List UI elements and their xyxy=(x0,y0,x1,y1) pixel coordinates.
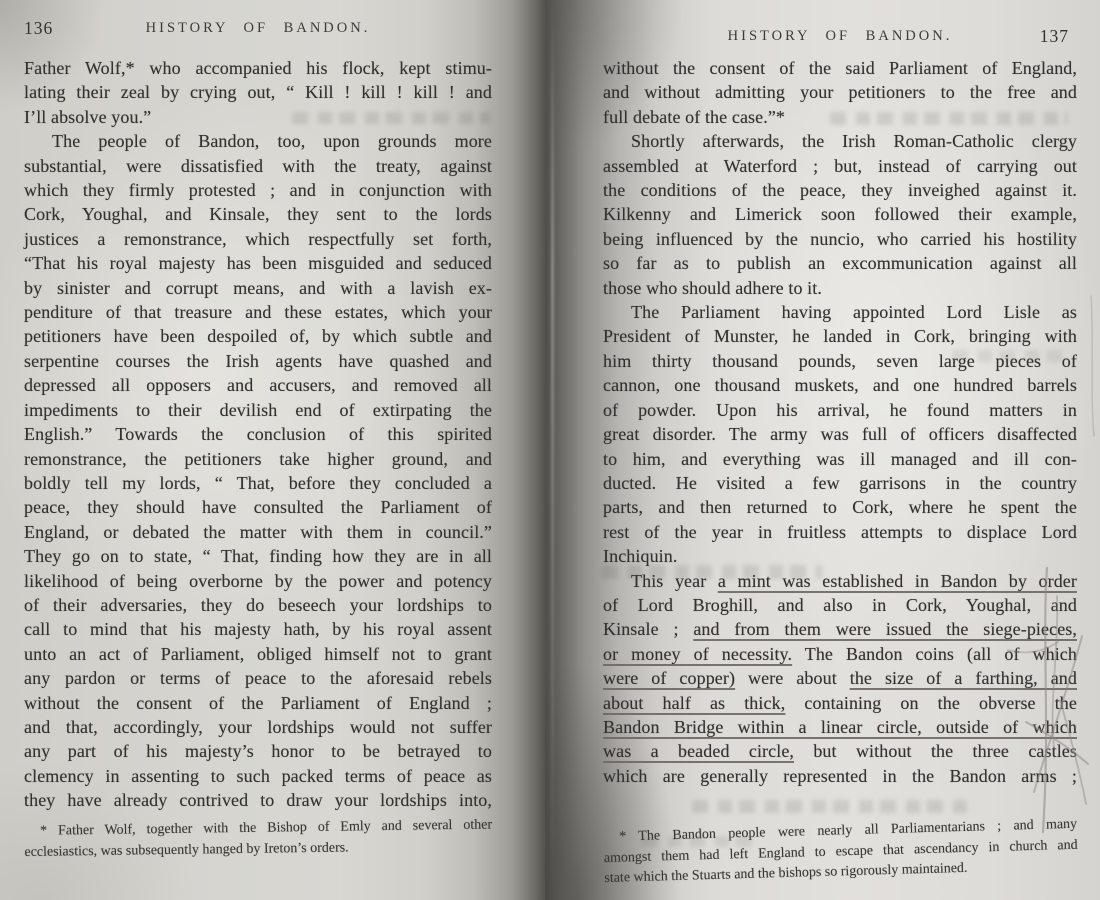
pencil-underline: were of copper) xyxy=(603,668,735,688)
book-scan: 136 HISTORY OF BANDON. Father Wolf,* who… xyxy=(0,0,1100,900)
text-line: were of copper) were about the size of a… xyxy=(603,666,1077,690)
text-line: of powder. Upon his arrival, he found ma… xyxy=(603,398,1077,422)
text-line: they have already contrived to draw your… xyxy=(24,788,492,812)
text-line: and that, accordingly, your lordships wo… xyxy=(24,715,492,739)
page-right-header: HISTORY OF BANDON. 137 xyxy=(603,26,1077,48)
pencil-underline: the size of a farthing, and xyxy=(850,668,1077,688)
text-line: Inchiquin. xyxy=(603,544,1077,568)
pencil-underline: a mint was established in Bandon by orde… xyxy=(718,571,1077,591)
text-line: the conditions of the peace, they inveig… xyxy=(603,178,1077,202)
page-number-right: 137 xyxy=(1040,26,1069,47)
text-line: which they firmly protested ; and in con… xyxy=(24,178,492,202)
paragraph: The people of Bandon, too, upon grounds … xyxy=(24,129,492,812)
text-line: peace, they should have consulted the Pa… xyxy=(24,495,492,519)
page-left: 136 HISTORY OF BANDON. Father Wolf,* who… xyxy=(0,0,545,900)
paragraph: * The Bandon people were nearly all Parl… xyxy=(603,815,1079,890)
page-right-body: without the consent of the said Parliame… xyxy=(603,56,1077,788)
text-line: boldly tell my lords, “ That, before the… xyxy=(24,471,492,495)
pencil-underline: and from them were issued the siege-piec… xyxy=(693,619,1077,639)
text-line: England, or debated the matter with them… xyxy=(24,520,492,544)
text-line: unto an act of Parliament, obliged himse… xyxy=(24,642,492,666)
text-line: rest of the year in fruitless attempts t… xyxy=(603,520,1077,544)
text-line: and without admitting your petitioners t… xyxy=(603,80,1077,104)
text-line: I’ll absolve you.” xyxy=(24,105,492,129)
paragraph: without the consent of the said Parliame… xyxy=(603,56,1077,129)
text-line: Bandon Bridge within a linear circle, ou… xyxy=(603,715,1077,739)
page-right-footnote: * The Bandon people were nearly all Parl… xyxy=(603,815,1079,890)
text-line: was a beaded circle, but without the thr… xyxy=(603,739,1077,763)
pencil-underline: was a beaded circle, xyxy=(603,741,794,761)
text-line: The people of Bandon, too, upon grounds … xyxy=(24,129,492,153)
text-line: by sinister and corrupt means, and with … xyxy=(24,276,492,300)
text-line: great disorder. The army was full of off… xyxy=(603,422,1077,446)
text-line: The Parliament having appointed Lord Lis… xyxy=(603,300,1077,324)
pencil-underline: about half as thick, xyxy=(603,693,785,713)
text-line: those who should adhere to it. xyxy=(603,276,1077,300)
text-line: lating their zeal by crying out, “ Kill … xyxy=(24,80,492,104)
text-line: This year a mint was established in Band… xyxy=(603,569,1077,593)
paragraph: Father Wolf,* who accompanied his flock,… xyxy=(24,56,492,129)
text-line: impediments to their devilish end of ext… xyxy=(24,398,492,422)
text-line: justices a remonstrance, which respectfu… xyxy=(24,227,492,251)
text-line: Cork, Youghal, and Kinsale, they sent to… xyxy=(24,202,492,226)
text-line: which are generally represented in the B… xyxy=(603,764,1077,788)
text-line: substantial, were dissatisfied with the … xyxy=(24,154,492,178)
text-line: Kilkenny and Limerick soon followed thei… xyxy=(603,202,1077,226)
text-line: depressed all opposers and accusers, and… xyxy=(24,373,492,397)
pencil-underline: Bandon Bridge within a linear circle, ou… xyxy=(603,717,1077,737)
text-line: cannon, one thousand muskets, and one hu… xyxy=(603,373,1077,397)
pencil-underline: or money of necessity. xyxy=(603,644,792,664)
paragraph: Shortly afterwards, the Irish Roman-Cath… xyxy=(603,129,1077,300)
text-line: without the consent of the Parliament of… xyxy=(24,691,492,715)
running-title-right: HISTORY OF BANDON. xyxy=(603,28,1077,45)
text-line: English.” Towards the conclusion of this… xyxy=(24,422,492,446)
text-line: of Lord Broghill, and also in Cork, Youg… xyxy=(603,593,1077,617)
text-line: or money of necessity. The Bandon coins … xyxy=(603,642,1077,666)
text-line: assembled at Waterford ; but, instead of… xyxy=(603,154,1077,178)
paragraph: The Parliament having appointed Lord Lis… xyxy=(603,300,1077,568)
text-line: any pardon or terms of peace to the afor… xyxy=(24,666,492,690)
text-line: parts, and then returned to Cork, where … xyxy=(603,495,1077,519)
text-line: about half as thick, containing on the o… xyxy=(603,691,1077,715)
text-line: “That his royal majesty has been misguid… xyxy=(24,251,492,275)
text-line: Shortly afterwards, the Irish Roman-Cath… xyxy=(603,129,1077,153)
text-line: petitioners have been despoiled of, by w… xyxy=(24,324,492,348)
text-line: remonstrance, the petitioners take highe… xyxy=(24,447,492,471)
text-line: likelihood of being overborne by the pow… xyxy=(24,569,492,593)
text-line: clemency in assenting to such packed ter… xyxy=(24,764,492,788)
running-title-left: HISTORY OF BANDON. xyxy=(24,20,492,37)
text-line: of their adversaries, they do beseech yo… xyxy=(24,593,492,617)
text-line: penditure of that treasure and these est… xyxy=(24,300,492,324)
text-line: Father Wolf,* who accompanied his flock,… xyxy=(24,56,492,80)
text-line: call to mind that his majesty hath, by h… xyxy=(24,617,492,641)
text-line: without the consent of the said Parliame… xyxy=(603,56,1077,80)
paragraph: * Father Wolf, together with the Bishop … xyxy=(24,815,493,863)
paragraph: This year a mint was established in Band… xyxy=(603,569,1077,789)
page-left-body: Father Wolf,* who accompanied his flock,… xyxy=(24,56,492,813)
text-line: President of Munster, he landed in Cork,… xyxy=(603,324,1077,348)
text-line: so far as to publish an excommunication … xyxy=(603,251,1077,275)
page-right: HISTORY OF BANDON. 137 without the conse… xyxy=(545,0,1100,900)
text-line: They go on to state, “ That, finding how… xyxy=(24,544,492,568)
page-left-header: 136 HISTORY OF BANDON. xyxy=(24,18,492,40)
text-line: any part of his majesty’s honor to be be… xyxy=(24,739,492,763)
text-line: Kinsale ; and from them were issued the … xyxy=(603,617,1077,641)
text-line: serpentine courses the Irish agents have… xyxy=(24,349,492,373)
text-line: to him, and everything was ill managed a… xyxy=(603,447,1077,471)
text-line: him thirty thousand pounds, seven large … xyxy=(603,349,1077,373)
page-left-footnote: * Father Wolf, together with the Bishop … xyxy=(24,815,493,863)
text-line: full debate of the case.”* xyxy=(603,105,1077,129)
text-line: being influenced by the nuncio, who carr… xyxy=(603,227,1077,251)
text-line: ducted. He visited a few garrisons in th… xyxy=(603,471,1077,495)
